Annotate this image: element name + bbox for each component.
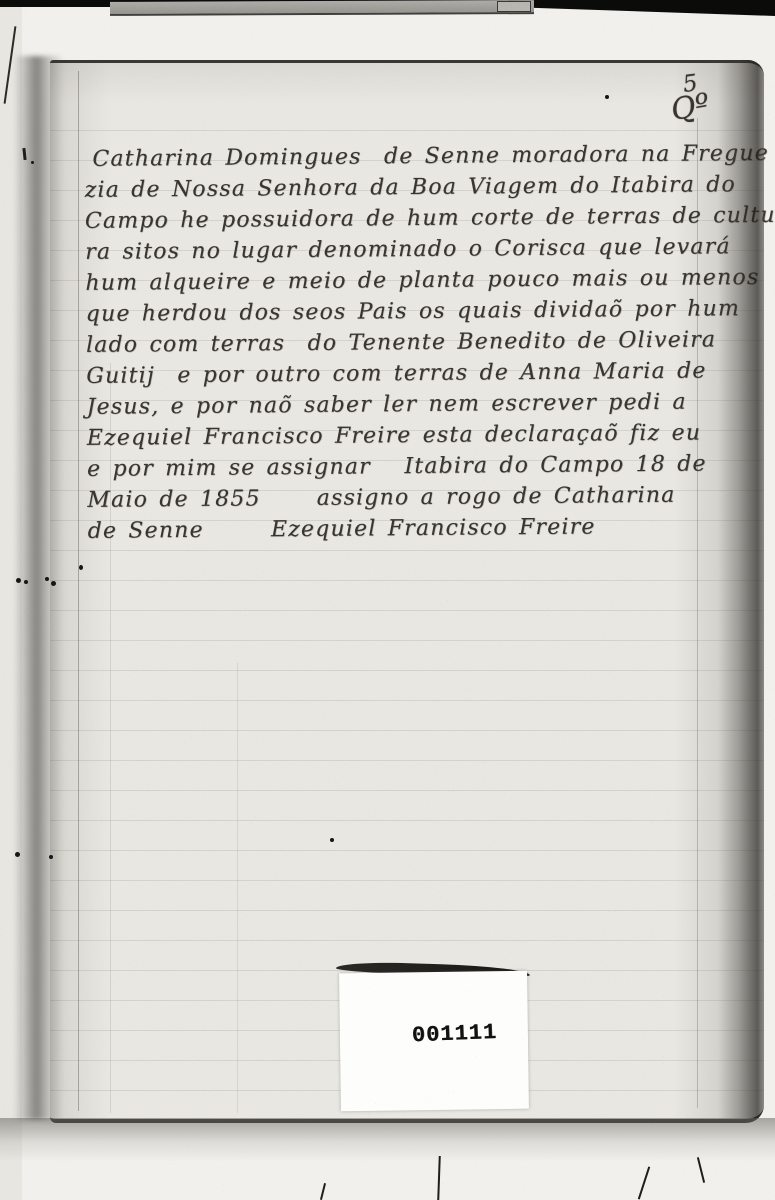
scan-edge-top-right: [500, 0, 775, 16]
page-mark: Qº: [669, 87, 713, 128]
ink-speck: [24, 580, 28, 584]
adjacent-page-edge: [110, 0, 534, 16]
manuscript-line: de Senne Ezequiel Francisco Freire: [88, 510, 748, 547]
left-margin-line: [78, 71, 79, 1111]
ink-speck: [49, 855, 53, 859]
ink-speck: [16, 578, 21, 583]
control-number-stamp: 001111: [411, 1020, 497, 1048]
adjacent-page-edge-tab: [497, 1, 531, 12]
binding-gutter-shadow: [14, 56, 64, 1120]
ink-speck: [15, 852, 20, 857]
paper-crease: [237, 663, 238, 1113]
ink-speck: [31, 161, 34, 164]
manuscript-line: Maio de 1855 assigno a rogo de Catharina: [87, 479, 747, 516]
control-number-label: 001111: [339, 971, 529, 1112]
manuscript-text-block: Catharina Domingues de Senne moradora na…: [84, 138, 747, 547]
page-bottom-shadow: [0, 1118, 775, 1162]
ink-speck: [79, 565, 83, 570]
scanned-manuscript-page: 5 Qº Catharina Domingues de Senne morado…: [0, 0, 775, 1200]
stray-line-mark: [437, 1156, 441, 1200]
ink-speck: [330, 838, 334, 842]
ink-speck: [45, 577, 49, 581]
stray-line-mark: [638, 1167, 650, 1200]
ink-speck: [605, 95, 609, 99]
page-curl-shadow: [718, 60, 764, 1120]
stray-line-mark: [320, 1183, 326, 1200]
ink-speck: [51, 581, 56, 586]
